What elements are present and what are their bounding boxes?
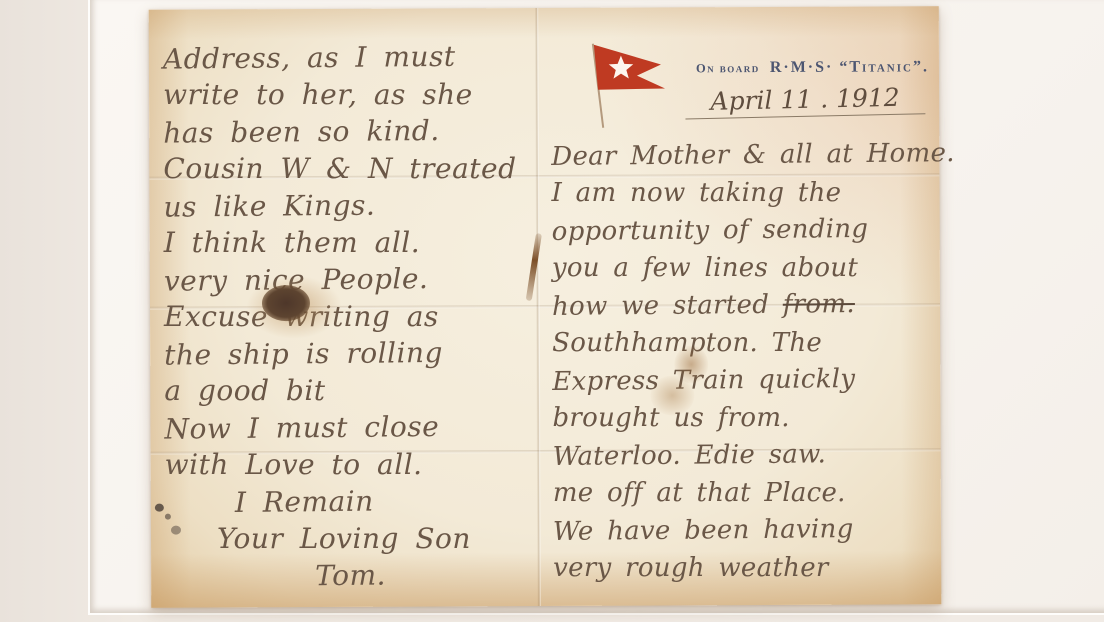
struck-word: from.	[783, 289, 855, 320]
letter-right-page: Dear Mother & all at Home. I am now taki…	[551, 136, 935, 588]
handwritten-line: has been so kind.	[163, 111, 533, 152]
letter-left-page: Address, as I must write to her, as she …	[163, 38, 535, 595]
printed-letterhead: On boardR·M·S· “Titanic”.	[696, 58, 929, 77]
white-star-line-flag-icon	[581, 37, 669, 129]
handwritten-line: the ship is rolling	[164, 333, 534, 374]
handwritten-date: April 11 . 1912	[685, 82, 926, 119]
closing-line: Your Loving Son	[165, 520, 535, 557]
handwritten-line: write to her, as she	[163, 76, 533, 113]
handwritten-line: opportunity of sending	[551, 210, 933, 251]
ink-speck	[171, 526, 181, 535]
handwritten-line: Address, as I must	[163, 37, 533, 78]
handwritten-line: Southhampton. The	[552, 325, 934, 363]
letterhead-prefix: On board	[696, 61, 760, 75]
signature: Tom.	[165, 555, 535, 596]
handwritten-line: I think them all.	[164, 224, 534, 261]
closing-line: I Remain	[165, 481, 535, 522]
letterhead-ship-name: R·M·S· “Titanic”.	[770, 58, 929, 76]
handwritten-line: very nice People.	[164, 259, 534, 300]
handwritten-line: with Love to all.	[165, 446, 535, 483]
handwritten-line: a good bit	[164, 372, 534, 409]
handwritten-line: Waterloo. Edie saw.	[552, 435, 934, 476]
handwritten-line: We have been having	[553, 510, 935, 551]
handwritten-line: very rough weather	[553, 550, 935, 588]
ink-speck	[165, 514, 171, 520]
handwritten-line: Cousin W & N treated	[163, 150, 533, 187]
handwritten-line: brought us from.	[552, 400, 934, 438]
handwritten-line: you a few lines about	[552, 250, 934, 288]
handwritten-line: Excuse writing as	[164, 298, 534, 335]
handwritten-line: Now I must close	[164, 407, 534, 448]
handwritten-line: us like Kings.	[163, 185, 533, 226]
ink-speck	[155, 504, 164, 512]
line-text: how we started	[552, 290, 783, 322]
handwritten-line: Express Train quickly	[552, 360, 934, 401]
handwritten-line: I am now taking the	[552, 175, 934, 213]
handwritten-line-with-strikethrough: how we started from.	[552, 285, 934, 326]
handwritten-line: me off at that Place.	[553, 475, 935, 513]
letter-paper: On boardR·M·S· “Titanic”. April 11 . 191…	[149, 6, 942, 607]
salutation-line: Dear Mother & all at Home.	[551, 135, 933, 176]
framed-titanic-letter-photo: On boardR·M·S· “Titanic”. April 11 . 191…	[0, 0, 1104, 622]
